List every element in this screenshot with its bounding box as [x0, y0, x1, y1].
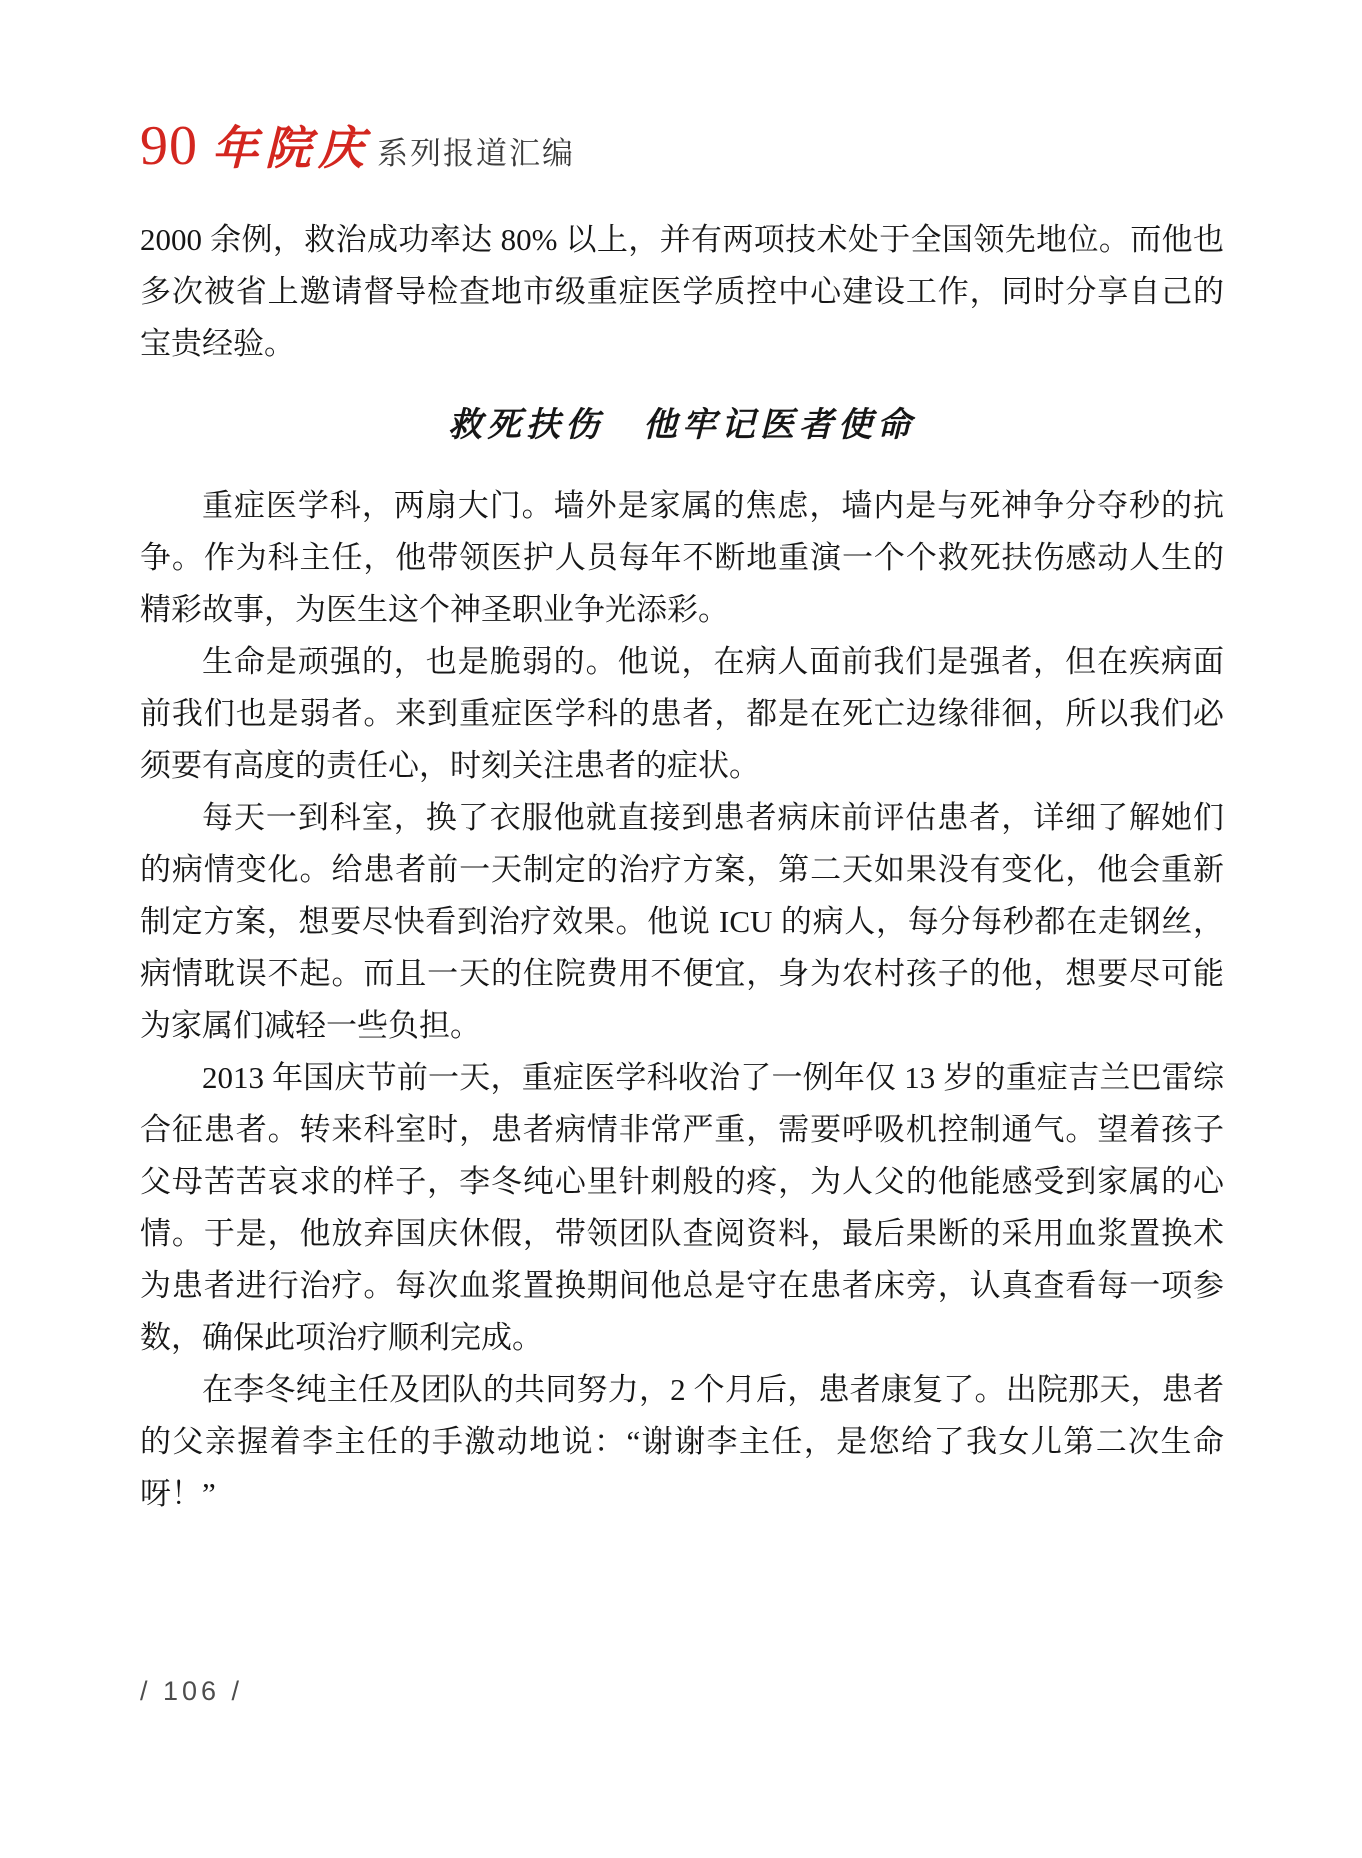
- body-paragraph: 在李冬纯主任及团队的共同努力，2 个月后，患者康复了。出院那天，患者的父亲握着李…: [140, 1364, 1224, 1520]
- body-paragraph: 生命是顽强的，也是脆弱的。他说，在病人面前我们是强者，但在疾病面前我们也是弱者。…: [140, 636, 1224, 792]
- intro-paragraph: 2000 余例，救治成功率达 80% 以上，并有两项技术处于全国领先地位。而他也…: [140, 214, 1224, 370]
- body-paragraph: 重症医学科，两扇大门。墙外是家属的焦虑，墙内是与死神争分夺秒的抗争。作为科主任，…: [140, 480, 1224, 636]
- section-heading: 救死扶伤 他牢记医者使命: [140, 404, 1224, 448]
- book-page: 90 年院庆 系列报道汇编 2000 余例，救治成功率达 80% 以上，并有两项…: [0, 0, 1362, 1858]
- article-body: 2000 余例，救治成功率达 80% 以上，并有两项技术处于全国领先地位。而他也…: [140, 214, 1224, 1520]
- body-paragraph: 每天一到科室，换了衣服他就直接到患者病床前评估患者，详细了解她们的病情变化。给患…: [140, 792, 1224, 1052]
- page-number: / 106 /: [140, 1676, 243, 1707]
- body-paragraph: 2013 年国庆节前一天，重症医学科收治了一例年仅 13 岁的重症吉兰巴雷综合征…: [140, 1052, 1224, 1364]
- page-header: 90 年院庆 系列报道汇编: [140, 118, 1224, 174]
- header-logo-number: 90: [140, 118, 198, 174]
- header-logo-script: 年院庆: [212, 124, 371, 174]
- content-column: 90 年院庆 系列报道汇编 2000 余例，救治成功率达 80% 以上，并有两项…: [140, 118, 1224, 1520]
- header-subtitle: 系列报道汇编: [377, 128, 575, 173]
